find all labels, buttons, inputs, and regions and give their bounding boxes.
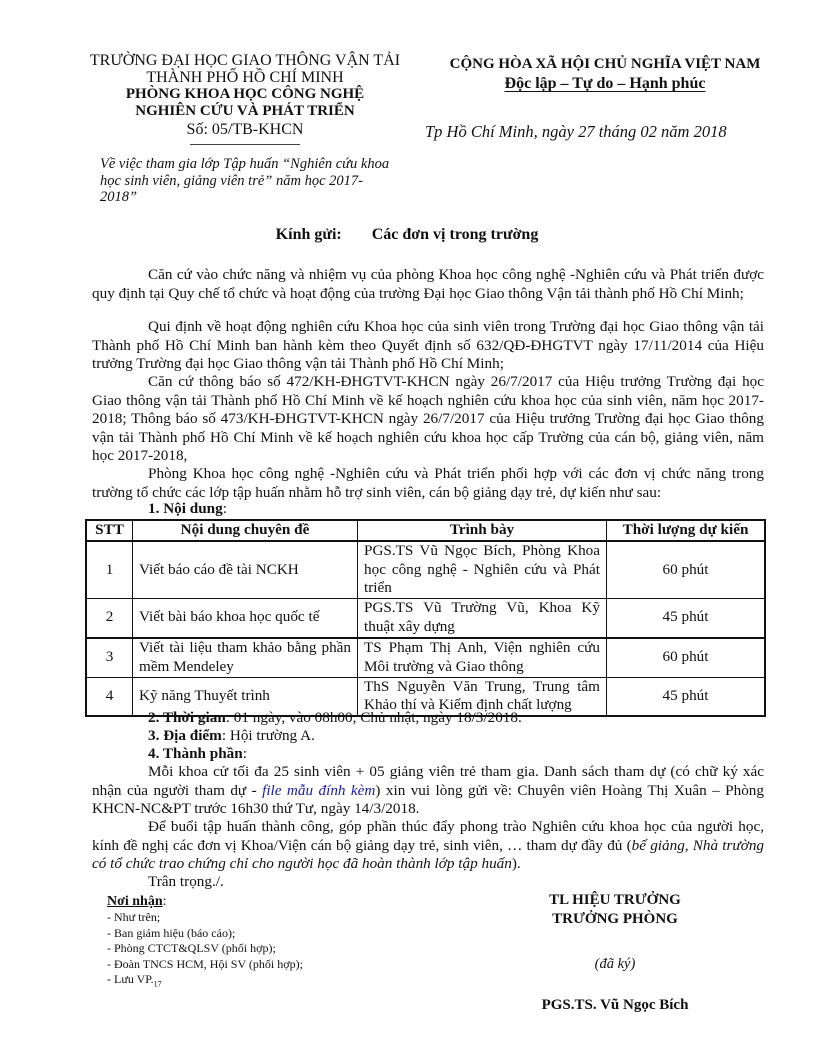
col-header-presenter: Trình bày bbox=[358, 520, 607, 541]
cell-presenter: TS Phạm Thị Anh, Viện nghiên cứu Môi trư… bbox=[358, 638, 607, 678]
cell-stt: 4 bbox=[86, 677, 133, 716]
national-header: CỘNG HÒA XÃ HỘI CHỦ NGHĨA VIỆT NAM Độc l… bbox=[420, 54, 790, 94]
cell-duration: 45 phút bbox=[607, 677, 766, 716]
col-header-topic: Nội dung chuyên đề bbox=[133, 520, 358, 541]
section-participants: 4. Thành phần: bbox=[148, 745, 247, 763]
issuer-header: TRƯỜNG ĐẠI HỌC GIAO THÔNG VẬN TẢI THÀNH … bbox=[70, 52, 420, 149]
doc-number: Số: 05/TB-KHCN bbox=[70, 121, 420, 138]
cell-presenter: PGS.TS Vũ Trường Vũ, Khoa Kỹ thuật xây d… bbox=[358, 598, 607, 638]
nation-name: CỘNG HÒA XÃ HỘI CHỦ NGHĨA VIỆT NAM bbox=[420, 54, 790, 74]
cell-stt: 1 bbox=[86, 541, 133, 598]
paragraph-legal-basis-3: Căn cứ thông báo số 472/KH-ĐHGTVT-KHCN n… bbox=[92, 373, 764, 466]
cell-topic: Viết bài báo khoa học quốc tế bbox=[133, 598, 358, 638]
recipient-item: - Đoàn TNCS HCM, Hội SV (phối hợp); bbox=[107, 957, 303, 973]
table-row: 2 Viết bài báo khoa học quốc tế PGS.TS V… bbox=[86, 598, 765, 638]
paragraph-participants: Mỗi khoa cử tối đa 25 sinh viên + 05 giả… bbox=[92, 763, 764, 819]
org-name-line-2: THÀNH PHỐ HỒ CHÍ MINH bbox=[70, 69, 420, 86]
cell-stt: 2 bbox=[86, 598, 133, 638]
recipient-item: - Lưu VP.17 bbox=[107, 972, 303, 992]
cell-duration: 45 phút bbox=[607, 598, 766, 638]
col-header-stt: STT bbox=[86, 520, 133, 541]
paragraph-legal-basis-1: Căn cứ vào chức năng và nhiệm vụ của phò… bbox=[92, 266, 764, 303]
section-time: 2. Thời gian: 01 ngày, vào 08h00, Chủ nh… bbox=[148, 709, 522, 727]
paragraph-closing: Để buổi tập huấn thành công, góp phần th… bbox=[92, 818, 764, 874]
signed-note: (đã ký) bbox=[490, 956, 740, 973]
paragraph-announcement: Phòng Khoa học công nghệ -Nghiên cứu và … bbox=[92, 465, 764, 502]
signer-authority: TL HIỆU TRƯỞNG bbox=[490, 891, 740, 910]
document-subject: Về việc tham gia lớp Tập huấn “Nghiên cứ… bbox=[100, 156, 390, 206]
dept-name-line-2: NGHIÊN CỨU VÀ PHÁT TRIỂN bbox=[70, 103, 420, 120]
regards: Trân trọng./. bbox=[92, 873, 764, 892]
header-divider bbox=[190, 144, 300, 145]
addressee-label: Kính gửi: bbox=[276, 226, 342, 243]
table-header-row: STT Nội dung chuyên đề Trình bày Thời lư… bbox=[86, 520, 765, 541]
recipient-item: - Phòng CTCT&QLSV (phối hợp); bbox=[107, 941, 303, 957]
date-line: Tp Hồ Chí Minh, ngày 27 tháng 02 năm 201… bbox=[425, 122, 727, 142]
attachment-link[interactable]: file mẫu đính kèm bbox=[262, 782, 375, 799]
addressee-value: Các đơn vị trong trường bbox=[372, 226, 539, 243]
org-name-line-1: TRƯỜNG ĐẠI HỌC GIAO THÔNG VẬN TẢI bbox=[70, 52, 420, 69]
recipients-list: Nơi nhận: - Như trên; - Ban giám hiệu (b… bbox=[107, 893, 303, 992]
training-schedule-table: STT Nội dung chuyên đề Trình bày Thời lư… bbox=[85, 519, 766, 717]
section-content-heading: 1. Nội dung: bbox=[148, 500, 227, 518]
recipient-item: - Như trên; bbox=[107, 910, 303, 926]
table-row: 3 Viết tài liệu tham khảo bằng phần mềm … bbox=[86, 638, 765, 678]
cell-duration: 60 phút bbox=[607, 541, 766, 598]
paragraph-legal-basis-2: Qui định về hoạt động nghiên cứu Khoa họ… bbox=[92, 318, 764, 374]
col-header-duration: Thời lượng dự kiến bbox=[607, 520, 766, 541]
cell-duration: 60 phút bbox=[607, 638, 766, 678]
signature-block: TL HIỆU TRƯỞNG TRƯỞNG PHÒNG (đã ký) PGS.… bbox=[490, 891, 740, 1014]
recipients-title: Nơi nhận bbox=[107, 894, 163, 909]
recipient-item: - Ban giám hiệu (báo cáo); bbox=[107, 926, 303, 942]
dept-name-line-1: PHÒNG KHOA HỌC CÔNG NGHỆ bbox=[70, 86, 420, 103]
cell-topic: Viết tài liệu tham khảo bằng phần mềm Me… bbox=[133, 638, 358, 678]
signer-name: PGS.TS. Vũ Ngọc Bích bbox=[490, 997, 740, 1014]
section-location: 3. Địa điểm: Hội trường A. bbox=[148, 727, 315, 745]
addressee: Kính gửi:Các đơn vị trong trường bbox=[0, 226, 814, 244]
cell-topic: Viết báo cáo đề tài NCKH bbox=[133, 541, 358, 598]
national-motto: Độc lập – Tự do – Hạnh phúc bbox=[505, 75, 706, 92]
table-row: 1 Viết báo cáo đề tài NCKH PGS.TS Vũ Ngọ… bbox=[86, 541, 765, 598]
cell-stt: 3 bbox=[86, 638, 133, 678]
cell-presenter: PGS.TS Vũ Ngọc Bích, Phòng Khoa học công… bbox=[358, 541, 607, 598]
signer-title: TRƯỞNG PHÒNG bbox=[490, 910, 740, 929]
